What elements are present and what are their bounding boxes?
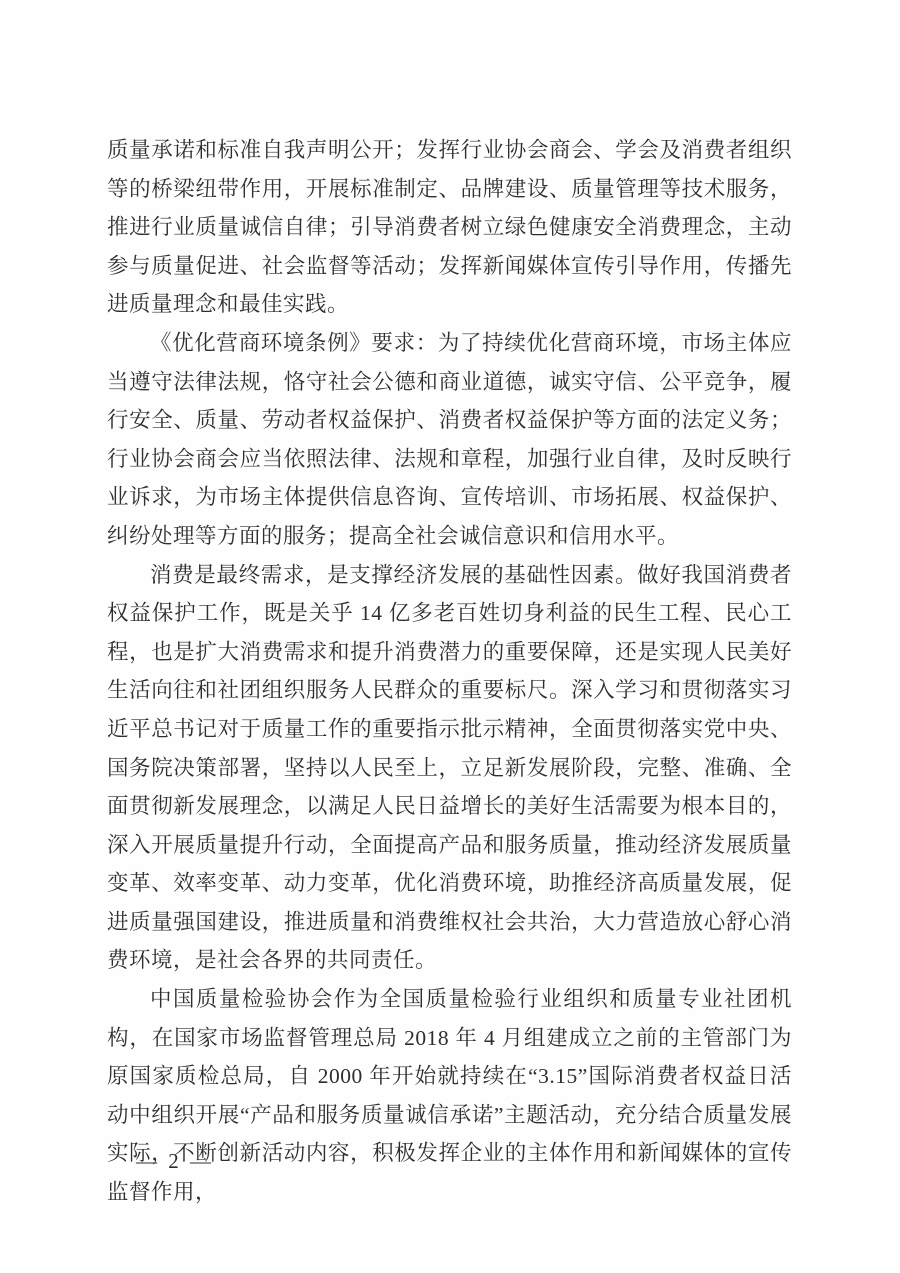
- paragraph-1: 质量承诺和标准自我声明公开；发挥行业协会商会、学会及消费者组织等的桥梁纽带作用，…: [107, 131, 792, 324]
- paragraph-2: 《优化营商环境条例》要求：为了持续优化营商环境，市场主体应当遵守法律法规，恪守社…: [107, 324, 792, 556]
- document-page: 质量承诺和标准自我声明公开；发挥行业协会商会、学会及消费者组织等的桥梁纽带作用，…: [0, 0, 900, 1273]
- page-number: — 2 —: [136, 1146, 214, 1176]
- paragraph-3: 消费是最终需求，是支撑经济发展的基础性因素。做好我国消费者权益保护工作，既是关乎…: [107, 556, 792, 981]
- document-body: 质量承诺和标准自我声明公开；发挥行业协会商会、学会及消费者组织等的桥梁纽带作用，…: [107, 131, 792, 1212]
- paragraph-4: 中国质量检验协会作为全国质量检验行业组织和质量专业社团机构，在国家市场监督管理总…: [107, 980, 792, 1212]
